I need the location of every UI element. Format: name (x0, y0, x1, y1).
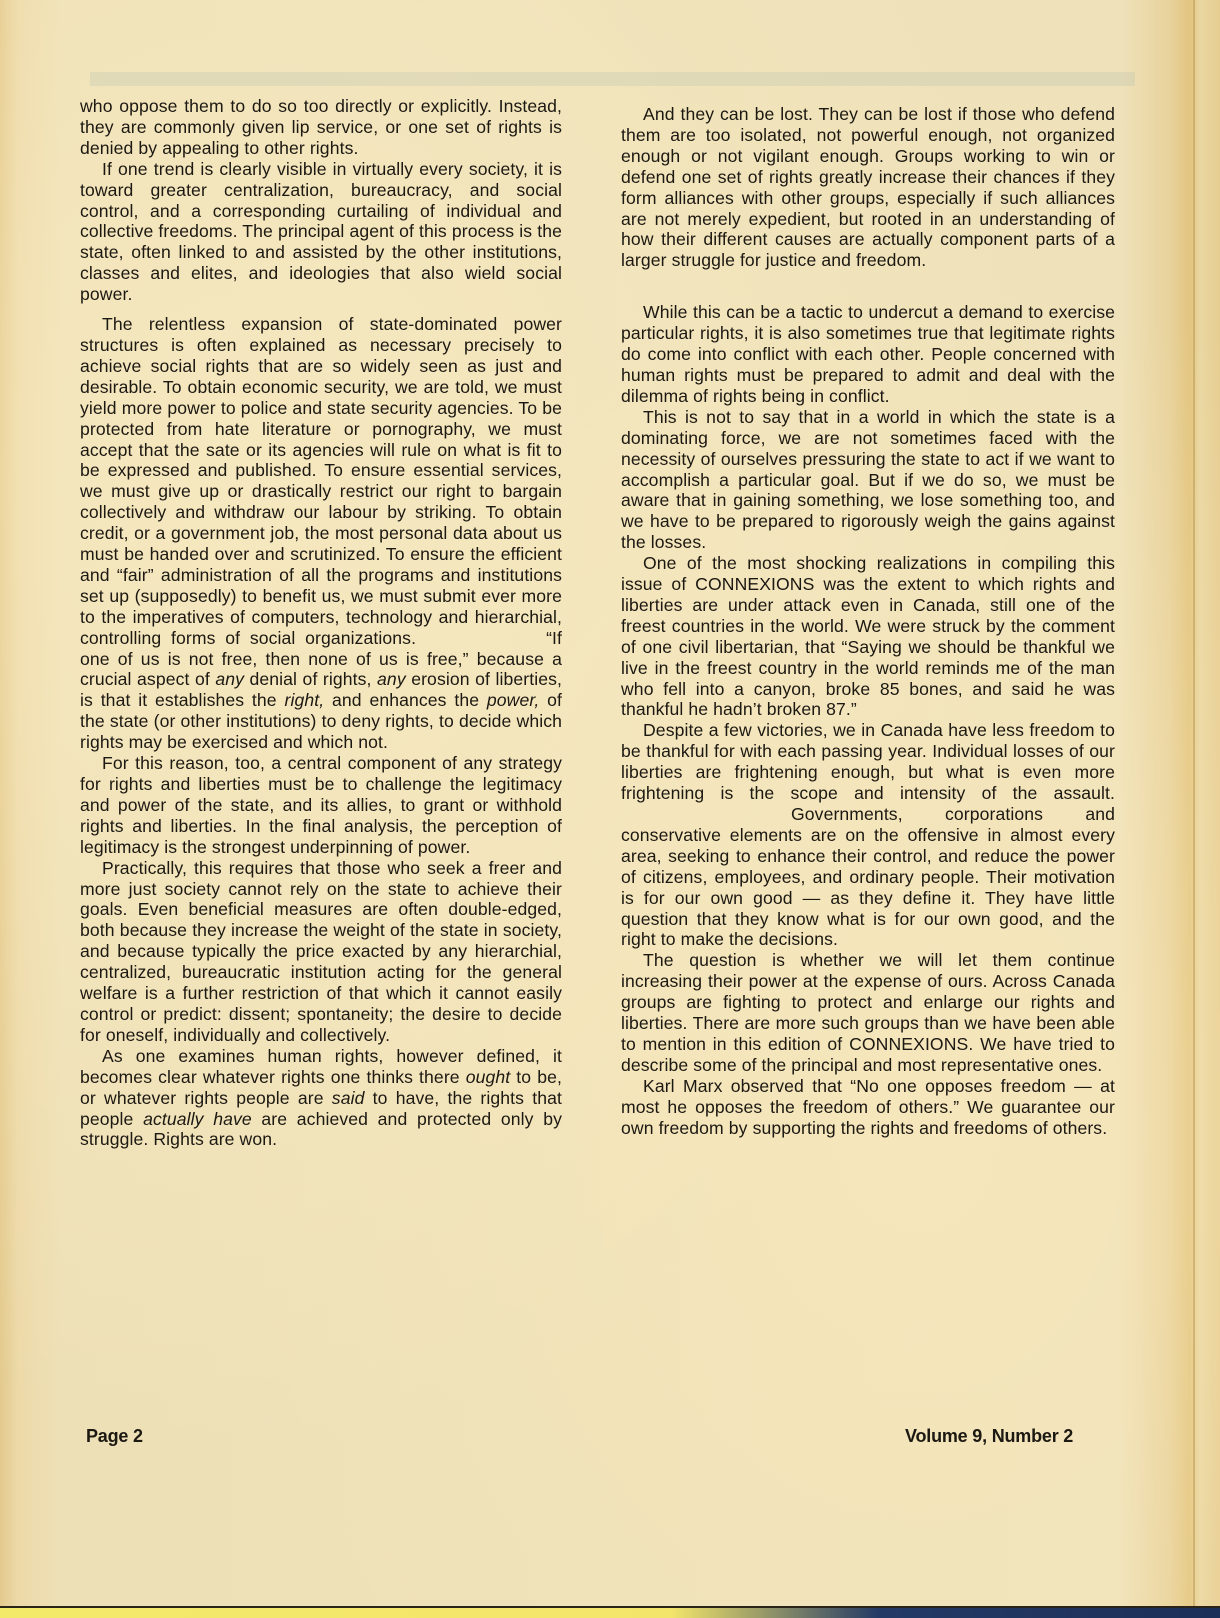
paragraph: For this reason, too, a central componen… (80, 753, 562, 858)
emphasis: any (377, 669, 406, 689)
paragraph: If one trend is clearly visible in virtu… (80, 159, 562, 305)
emphasis: power, (487, 690, 539, 710)
paragraph: While this can be a tactic to undercut a… (621, 302, 1115, 407)
paragraph: This is not to say that in a world in wh… (621, 407, 1115, 553)
paragraph-text: The relentless expansion of state-domina… (80, 314, 562, 648)
paragraph: And they can be lost. They can be lost i… (621, 104, 1115, 271)
paragraph: The question is whether we will let them… (621, 950, 1115, 1075)
paragraph-text: denial of rights, (244, 669, 377, 689)
scan-edge (0, 1606, 1220, 1618)
page-fold (1193, 0, 1195, 1606)
emphasis: actually have (143, 1109, 252, 1129)
paragraph-text: Despite a few victories, we in Canada ha… (621, 720, 1115, 803)
emphasis: any (215, 669, 244, 689)
emphasis: ought (466, 1067, 511, 1087)
paragraph: Practically, this requires that those wh… (80, 858, 562, 1046)
paragraph: As one examines human rights, however de… (80, 1046, 562, 1151)
paragraph: One of the most shocking realizations in… (621, 553, 1115, 720)
volume-number: Volume 9, Number 2 (905, 1426, 1073, 1447)
paragraph-text: and enhances the (324, 690, 487, 710)
paragraph: Despite a few victories, we in Canada ha… (621, 720, 1115, 950)
paragraph-text: Governments, corporations and conservati… (621, 804, 1115, 949)
paragraph: who oppose them to do so too directly or… (80, 96, 562, 159)
paragraph: The relentless expansion of state-domina… (80, 314, 562, 753)
show-through-strip (90, 72, 1135, 86)
emphasis: said (332, 1088, 365, 1108)
page-number: Page 2 (86, 1426, 143, 1447)
paragraph: Karl Marx observed that “No one opposes … (621, 1076, 1115, 1139)
left-column: who oppose them to do so too directly or… (80, 96, 562, 1150)
emphasis: right, (284, 690, 324, 710)
right-column: And they can be lost. They can be lost i… (621, 104, 1115, 1139)
